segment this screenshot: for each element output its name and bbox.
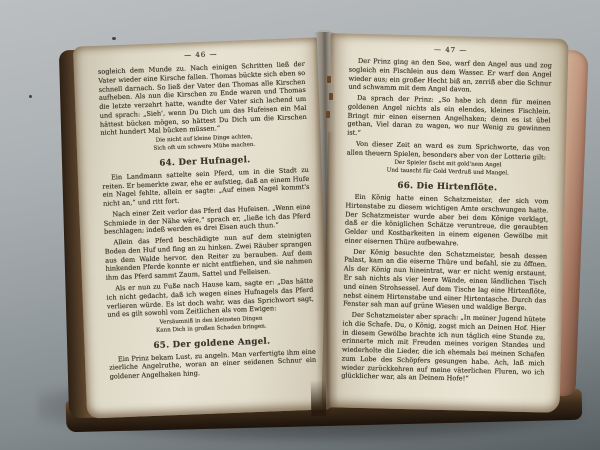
paragraph: Der Schatzmeister aber sprach: „In meine… (341, 311, 546, 386)
paragraph: Ein König hatte einen Schatzmeister, der… (344, 193, 548, 251)
moral-verse-goldene-angel: Der Spieler fischt mit gold'nem Angel Un… (346, 159, 549, 180)
left-page: — 46 — sogleich dem Munde zu. Nach einig… (73, 37, 331, 418)
paragraph: Als er nun zu Fuße nach Hause kam, sagte… (106, 277, 314, 320)
paragraph: Da sprach der Prinz: „So habe ich denn f… (347, 94, 551, 143)
paragraph: Ein Landmann sattelte sein Pferd, um in … (102, 166, 310, 209)
binding-thread (327, 76, 331, 83)
bent-page-corner (300, 28, 326, 47)
paragraph: Allein das Pferd beschädigte nun auf dem… (104, 231, 313, 283)
paragraph: Ein Prinz bekam Lust, zu angeln. Man ver… (109, 347, 317, 381)
dust-speck (112, 37, 116, 40)
story-horseshoe-continuation: sogleich dem Munde zu. Nach einigen Schr… (98, 60, 308, 138)
right-page: — 47 — Der Prinz ging an den See, warf d… (321, 33, 568, 413)
paragraph: Von dieser Zeit an ward es zum Sprichwor… (347, 139, 550, 161)
spine-bottom-shadow (311, 380, 327, 416)
binding-thread (326, 111, 330, 118)
dust-speck (29, 95, 32, 98)
binding-thread (329, 93, 333, 100)
book-photo: — 46 — sogleich dem Munde zu. Nach einig… (0, 0, 600, 450)
page-number-right: — 47 — (349, 44, 552, 57)
paragraph: Der Prinz ging an den See, warf den Ange… (348, 57, 552, 97)
paragraph: Der König besuchte den Schatzmeister, be… (343, 247, 547, 313)
